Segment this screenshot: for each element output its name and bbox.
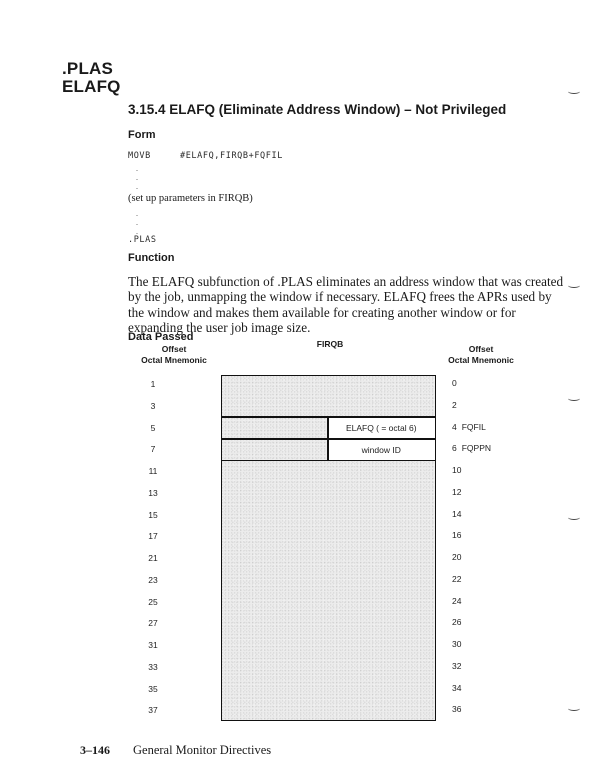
offset-octal: 16 [452,530,461,540]
ellipsis-dot: . [136,183,138,191]
fqppn-value: window ID [362,445,401,455]
left-offset-label: 33 [140,662,166,672]
edge-mark [568,706,580,711]
left-offset-label: 31 [140,640,166,650]
left-offset-label: 1 [140,379,166,389]
offset-octal: 34 [452,683,461,693]
offset-octal: 6 [452,443,457,453]
left-header-octal-mnemonic: Octal Mnemonic [128,355,220,366]
offset-octal: 26 [452,617,461,627]
right-offset-label: 6FQPPN [452,443,491,453]
right-offset-label: 24 [452,596,461,606]
left-offset-label: 25 [140,597,166,607]
code-call: .PLAS [128,235,157,245]
right-offset-label: 10 [452,465,461,475]
right-offset-label: 2 [452,400,457,410]
ellipsis-dot: . [136,165,138,173]
right-offset-label: 14 [452,509,461,519]
left-header-offset: Offset [128,344,220,355]
setup-note: (set up parameters in FIRQB) [128,193,253,204]
left-offset-label: 15 [140,510,166,520]
left-offset-label: 37 [140,705,166,715]
right-header-octal-mnemonic: Octal Mnemonic [434,355,528,366]
ellipsis-dot: . [136,174,138,182]
right-column-header: Offset Octal Mnemonic [434,344,528,366]
right-offset-label: 30 [452,639,461,649]
offset-octal: 12 [452,487,461,497]
ellipsis-dot: . [136,210,138,218]
offset-octal: 4 [452,422,457,432]
edge-mark [568,283,580,288]
offset-octal: 10 [452,465,461,475]
right-offset-label: 0 [452,378,457,388]
page-number: 3–146 [80,743,110,758]
right-offset-label: 34 [452,683,461,693]
offset-mnemonic: FQFIL [462,422,486,432]
left-offset-label: 21 [140,553,166,563]
fqfil-field: ELAFQ ( = octal 6) [328,418,435,438]
fqfil-value: ELAFQ ( = octal 6) [346,423,417,433]
offset-octal: 30 [452,639,461,649]
edge-mark [568,396,580,401]
left-offset-label: 11 [140,466,166,476]
offset-octal: 24 [452,596,461,606]
chapter-title: General Monitor Directives [133,743,271,758]
form-heading: Form [128,129,156,141]
function-description: The ELAFQ subfunction of .PLAS eliminate… [128,274,568,336]
right-header-offset: Offset [434,344,528,355]
block-title: FIRQB [300,339,360,350]
side-title-directive: .PLAS [62,60,121,78]
fqppn-field: window ID [328,440,435,460]
edge-mark [568,515,580,520]
offset-octal: 22 [452,574,461,584]
offset-octal: 36 [452,704,461,714]
right-offset-label: 22 [452,574,461,584]
right-offset-label: 4FQFIL [452,422,486,432]
offset-mnemonic: FQPPN [462,443,491,453]
edge-mark [568,89,580,94]
left-offset-label: 17 [140,531,166,541]
code-instruction: MOVB [128,151,151,161]
right-offset-label: 20 [452,552,461,562]
left-offset-label: 35 [140,684,166,694]
left-offset-label: 23 [140,575,166,585]
offset-octal: 32 [452,661,461,671]
right-offset-label: 12 [452,487,461,497]
section-heading: 3.15.4 ELAFQ (Eliminate Address Window) … [128,102,506,117]
offset-octal: 14 [452,509,461,519]
side-title-subfunction: ELAFQ [62,78,121,96]
right-offset-label: 36 [452,704,461,714]
code-operand: #ELAFQ,FIRQB+FQFIL [180,151,283,161]
left-offset-label: 7 [140,444,166,454]
right-offset-label: 32 [452,661,461,671]
offset-octal: 2 [452,400,457,410]
left-offset-label: 27 [140,618,166,628]
offset-octal: 0 [452,378,457,388]
left-offset-label: 5 [140,423,166,433]
right-offset-label: 16 [452,530,461,540]
left-offset-label: 13 [140,488,166,498]
side-title: .PLAS ELAFQ [62,60,121,96]
data-passed-heading: Data Passed [128,331,193,343]
right-offset-label: 26 [452,617,461,627]
ellipsis-dot: . [136,219,138,227]
left-offset-label: 3 [140,401,166,411]
offset-octal: 20 [452,552,461,562]
function-heading: Function [128,252,174,264]
left-column-header: Offset Octal Mnemonic [128,344,220,366]
byte-divider [327,416,329,461]
